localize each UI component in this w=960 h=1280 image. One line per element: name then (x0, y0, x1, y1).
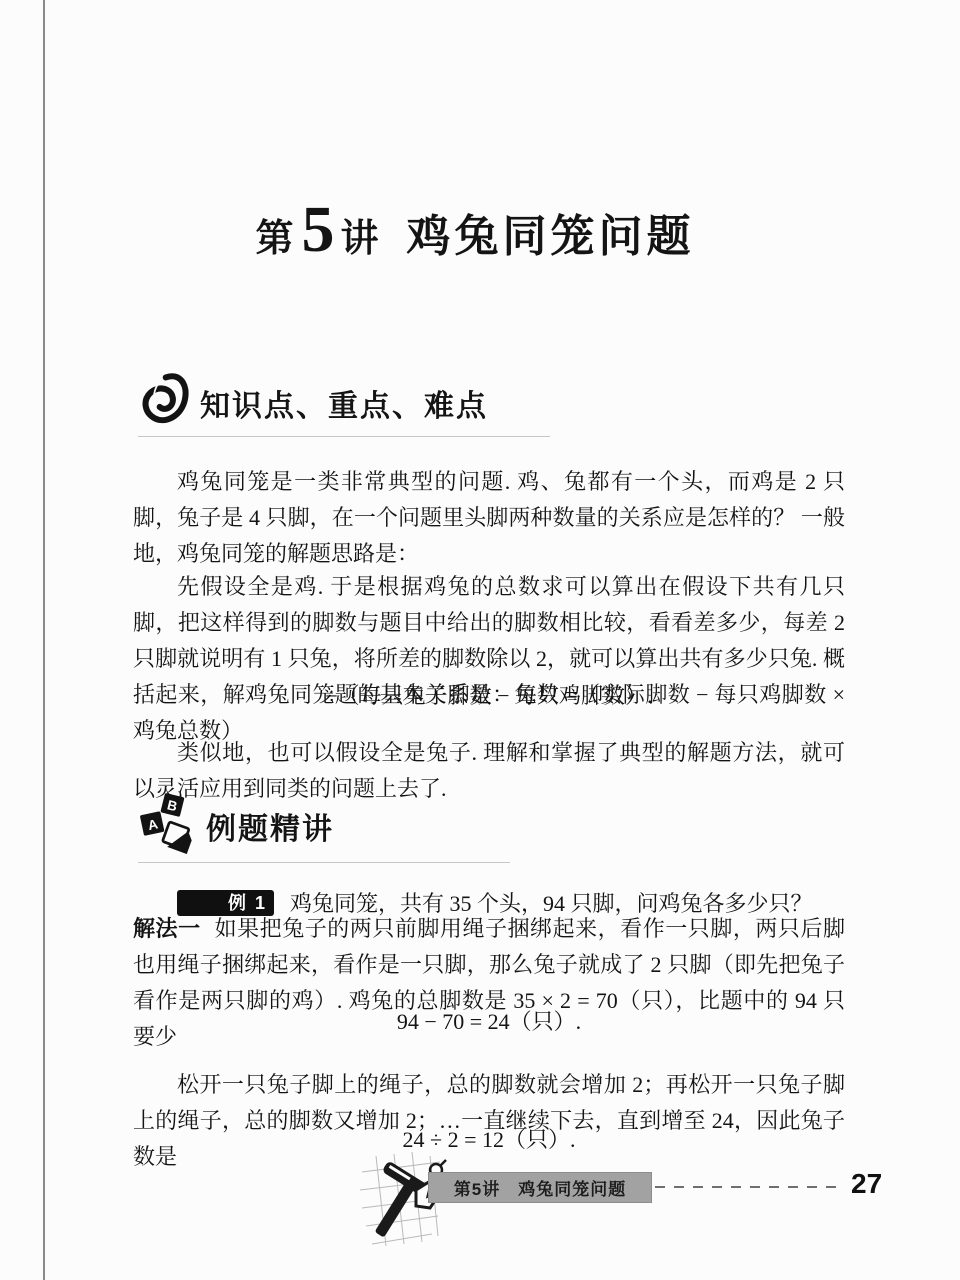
section-title: 例题精讲 (206, 804, 334, 848)
chapter-title: 第5讲鸡兔同笼问题 (0, 192, 950, 268)
swirl-ribbon-icon (138, 372, 190, 433)
textbook-page: 第5讲鸡兔同笼问题 知识点、重点、难点 鸡兔同笼是一类非常典型的问题. 鸡、兔都… (0, 0, 960, 1280)
knowledge-paragraph-2: 先假设全是鸡. 于是根据鸡兔的总数求可以算出在假设下共有几只脚，把这样得到的脚数… (133, 569, 845, 749)
formula-rabbit-count: ÷（每只兔子脚数 − 每只鸡脚数）. (133, 678, 845, 714)
footer-dashed-line (655, 1186, 845, 1188)
knowledge-paragraph-1: 鸡兔同笼是一类非常典型的问题. 鸡、兔都有一个头，而鸡是 2 只脚，兔子是 4 … (133, 464, 845, 572)
page-number: 27 (851, 1168, 882, 1200)
formula-feet-difference: 94 − 70 = 24（只）. (133, 1004, 845, 1040)
section-header-knowledge: 知识点、重点、难点 (138, 372, 550, 437)
section-header-examples: B A 例题精讲 (138, 792, 510, 863)
letter-blocks-icon: B A (138, 792, 196, 859)
chapter-title-suffix: 讲 (341, 218, 381, 260)
chapter-number: 5 (296, 193, 341, 266)
chapter-topic: 鸡兔同笼问题 (407, 212, 695, 261)
chapter-title-prefix: 第 (255, 218, 295, 260)
footer-chapter-bar: 第5讲 鸡兔同笼问题 (428, 1172, 652, 1203)
method-label: 解法一 (133, 916, 201, 941)
section-title: 知识点、重点、难点 (200, 381, 488, 425)
footer-chapter-label: 第5讲 鸡兔同笼问题 (454, 1175, 626, 1200)
hammer-tools-icon (352, 1150, 462, 1259)
page-footer: 第5讲 鸡兔同笼问题 27 (0, 1148, 960, 1258)
